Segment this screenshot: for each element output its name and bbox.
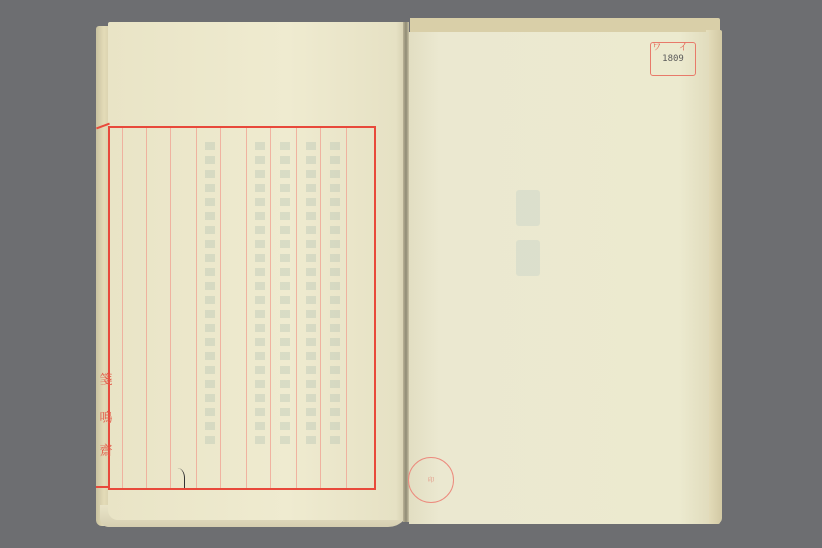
- faded-text-column: [255, 142, 265, 448]
- faded-text-column: [306, 142, 316, 448]
- column-rule: [220, 128, 221, 488]
- bleed-through-mark: [516, 240, 540, 276]
- column-rule: [296, 128, 297, 488]
- faded-text-column: [280, 142, 290, 448]
- faded-text-column: [205, 142, 215, 448]
- spine-mark: 鳴: [95, 410, 117, 428]
- ruled-frame: [108, 126, 376, 490]
- column-rule: [122, 128, 123, 488]
- stamp-number: 1809: [651, 54, 695, 64]
- library-call-number-stamp: ワ イ 1809: [650, 42, 696, 76]
- spine-mark: 齋: [95, 443, 117, 461]
- seal-text: 印: [428, 477, 434, 484]
- pen-stroke: [170, 468, 185, 488]
- right-page: [409, 32, 709, 524]
- round-ownership-seal: 印: [408, 457, 454, 503]
- bleed-through-mark: [516, 190, 540, 226]
- column-rule: [146, 128, 147, 488]
- column-rule: [196, 128, 197, 488]
- spine-mark: 箋: [95, 372, 117, 390]
- column-rule: [170, 128, 171, 488]
- column-rule: [270, 128, 271, 488]
- column-rule: [320, 128, 321, 488]
- column-rule: [246, 128, 247, 488]
- faded-text-column: [330, 142, 340, 448]
- stamp-top-mark: ワ イ: [651, 43, 695, 54]
- column-rule: [346, 128, 347, 488]
